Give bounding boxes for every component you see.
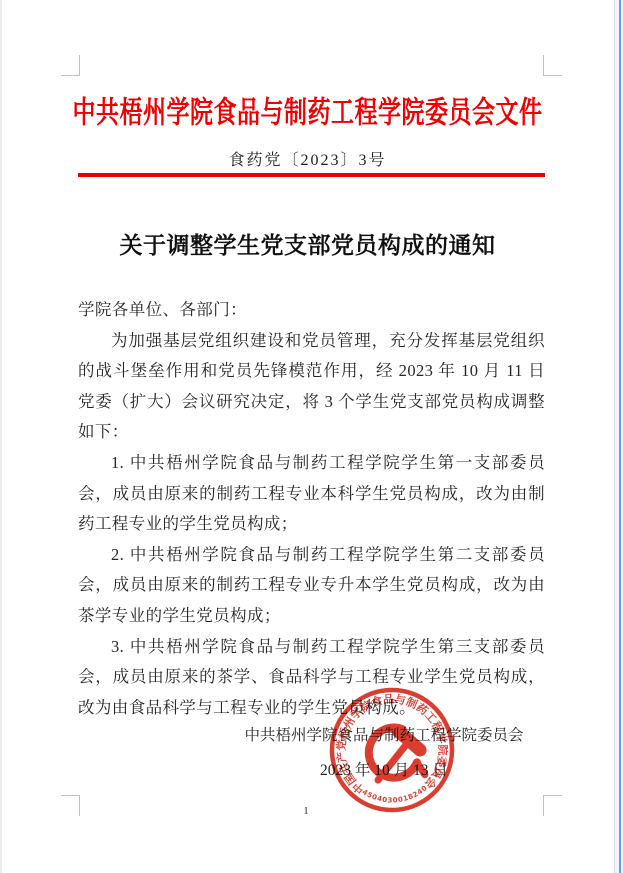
crop-mark-top-right xyxy=(543,55,562,76)
seal-ring-text: 中国共产党梧州学院食品与制药工程学院委员会 xyxy=(330,688,453,798)
window-edge-line xyxy=(619,0,621,873)
page-left-edge xyxy=(0,0,2,873)
hammer-sickle-icon xyxy=(367,726,425,781)
page-number: 1 xyxy=(0,805,612,817)
doc-header-title: 中共梧州学院食品与制药工程学院委员会文件 xyxy=(40,88,575,132)
paragraph-3: 2. 中共梧州学院食品与制药工程学院学生第二支部委员会，成员由原来的制药工程专业… xyxy=(78,540,545,632)
svg-text:中国共产党梧州学院食品与制药工程学院委员会: 中国共产党梧州学院食品与制药工程学院委员会 xyxy=(330,688,453,798)
doc-number: 食药党〔2023〕3号 xyxy=(40,147,575,170)
red-divider-line xyxy=(78,173,545,177)
doc-body: 学院各单位、各部门： 为加强基层党组织建设和党员管理，充分发挥基层党组织的战斗堡… xyxy=(78,295,545,723)
salutation: 学院各单位、各部门： xyxy=(78,295,545,326)
paragraph-4: 3. 中共梧州学院食品与制药工程学院学生第三支部委员会，成员由原来的茶学、食品科… xyxy=(78,632,545,724)
crop-mark-top-left xyxy=(61,55,80,76)
official-seal: 中国共产党梧州学院食品与制药工程学院委员会 4504030018240 xyxy=(324,682,461,819)
notice-title: 关于调整学生党支部党员构成的通知 xyxy=(40,227,575,260)
paragraph-1: 为加强基层党组织建设和党员管理，充分发挥基层党组织的战斗堡垒作用和党员先锋模范作… xyxy=(78,326,545,448)
document-page: { "doc": { "header_title": "中共梧州学院食品与制药工… xyxy=(0,0,623,873)
paragraph-2: 1. 中共梧州学院食品与制药工程学院学生第一支部委员会，成员由原来的制药工程专业… xyxy=(78,448,545,540)
